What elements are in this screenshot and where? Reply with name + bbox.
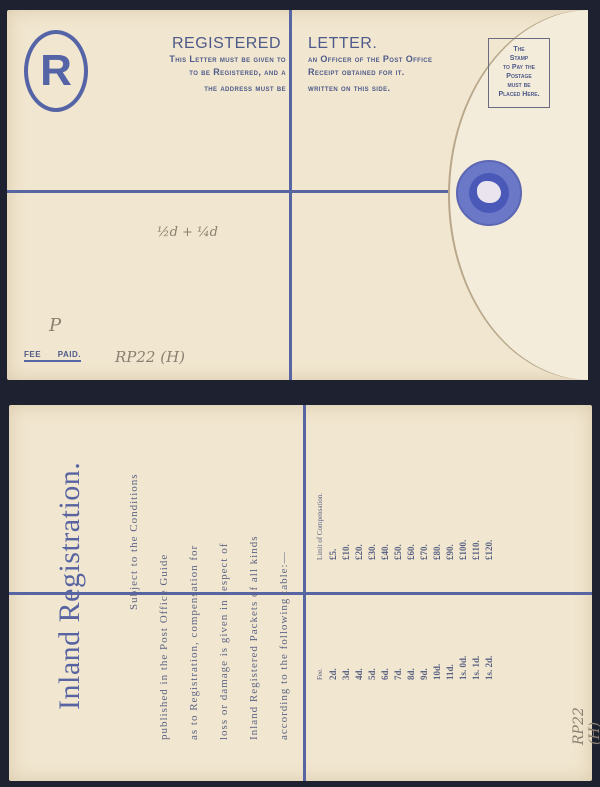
instructions-right: an Officer of the Post Office Receipt ob… (308, 53, 432, 95)
back-title-wrap: Inland Registration. (53, 462, 87, 710)
envelope-back: Inland Registration. Subject to the Cond… (9, 405, 592, 781)
king-head-icon (469, 173, 509, 213)
compensation-column: Limit of Compensation. £5. £10. £20. £30… (314, 493, 496, 560)
pencil-catalog-number: RP22 (H) (571, 707, 600, 745)
pencil-mark: P (49, 315, 61, 336)
fee-column: Fee. 2d. 3d. 4d. 5d. 6d. 7d. 8d. 9d. 10d… (314, 656, 496, 680)
title-registered: REGISTERED (172, 35, 281, 53)
pencil-note: ½d + ¼d (157, 225, 218, 240)
instructions-left: This Letter must be given to to be Regis… (169, 53, 286, 95)
registered-r-logo: R (24, 30, 88, 112)
conditions-paragraph: Subject to the Conditions published in t… (119, 473, 299, 740)
embossed-stamp-icon (456, 160, 522, 226)
pencil-catalog-number: RP22 (H) (115, 348, 185, 366)
pencil-note-back-wrap: RP22 (H) (571, 707, 600, 745)
envelope-front: R REGISTERED LETTER. This Letter must be… (7, 10, 588, 380)
vertical-rule (289, 10, 292, 380)
fee-paid-label: FEE PAID. (24, 350, 81, 362)
horizontal-rule (9, 592, 592, 595)
stamp-placement-box: The Stamp to Pay the Postage must be Pla… (488, 38, 550, 108)
title-letter: LETTER. (308, 35, 377, 53)
inland-registration-title: Inland Registration. (53, 462, 87, 710)
